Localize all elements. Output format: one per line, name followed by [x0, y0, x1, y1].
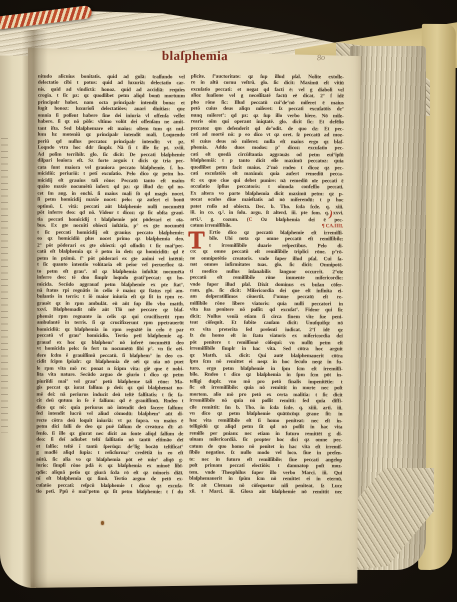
left-text-column: nitudo alicuius bonitatis. quid ad gulā:…: [36, 74, 185, 496]
running-title: blaſphemia: [132, 48, 258, 65]
chapter-initial: T: [188, 230, 205, 252]
folio-number: 8o: [317, 53, 326, 63]
chapter-label: ¶ CA.IIII.: [322, 223, 343, 230]
text-fragment: arti.². g. cozum. (: [190, 216, 248, 222]
right-text-column: plicite. ſ°auctoritate: qz ſup illud pſa…: [189, 74, 344, 496]
printed-content: blaſphemia 8o nitudo alicuius bonitatis.…: [0, 0, 457, 602]
book-photograph: blaſphemia 8o nitudo alicuius bonitatis.…: [0, 0, 457, 602]
foxing-spot: [101, 521, 104, 525]
text-line: peccatū eſt remiſſibile rōne immente miſ…: [190, 275, 343, 282]
text-line: nī eſt blaſphemia qz ſimō. Tertio arguo …: [36, 476, 183, 483]
text-line: tio petī. Ppū ē mai°petm qz ſit petm bla…: [36, 489, 183, 496]
text-line: inferre deo: tē dno ſimplr loqndo grati°…: [37, 275, 184, 282]
text-line: xii. t Marci. iii. Glosa aūt blaſphemie …: [189, 489, 342, 496]
